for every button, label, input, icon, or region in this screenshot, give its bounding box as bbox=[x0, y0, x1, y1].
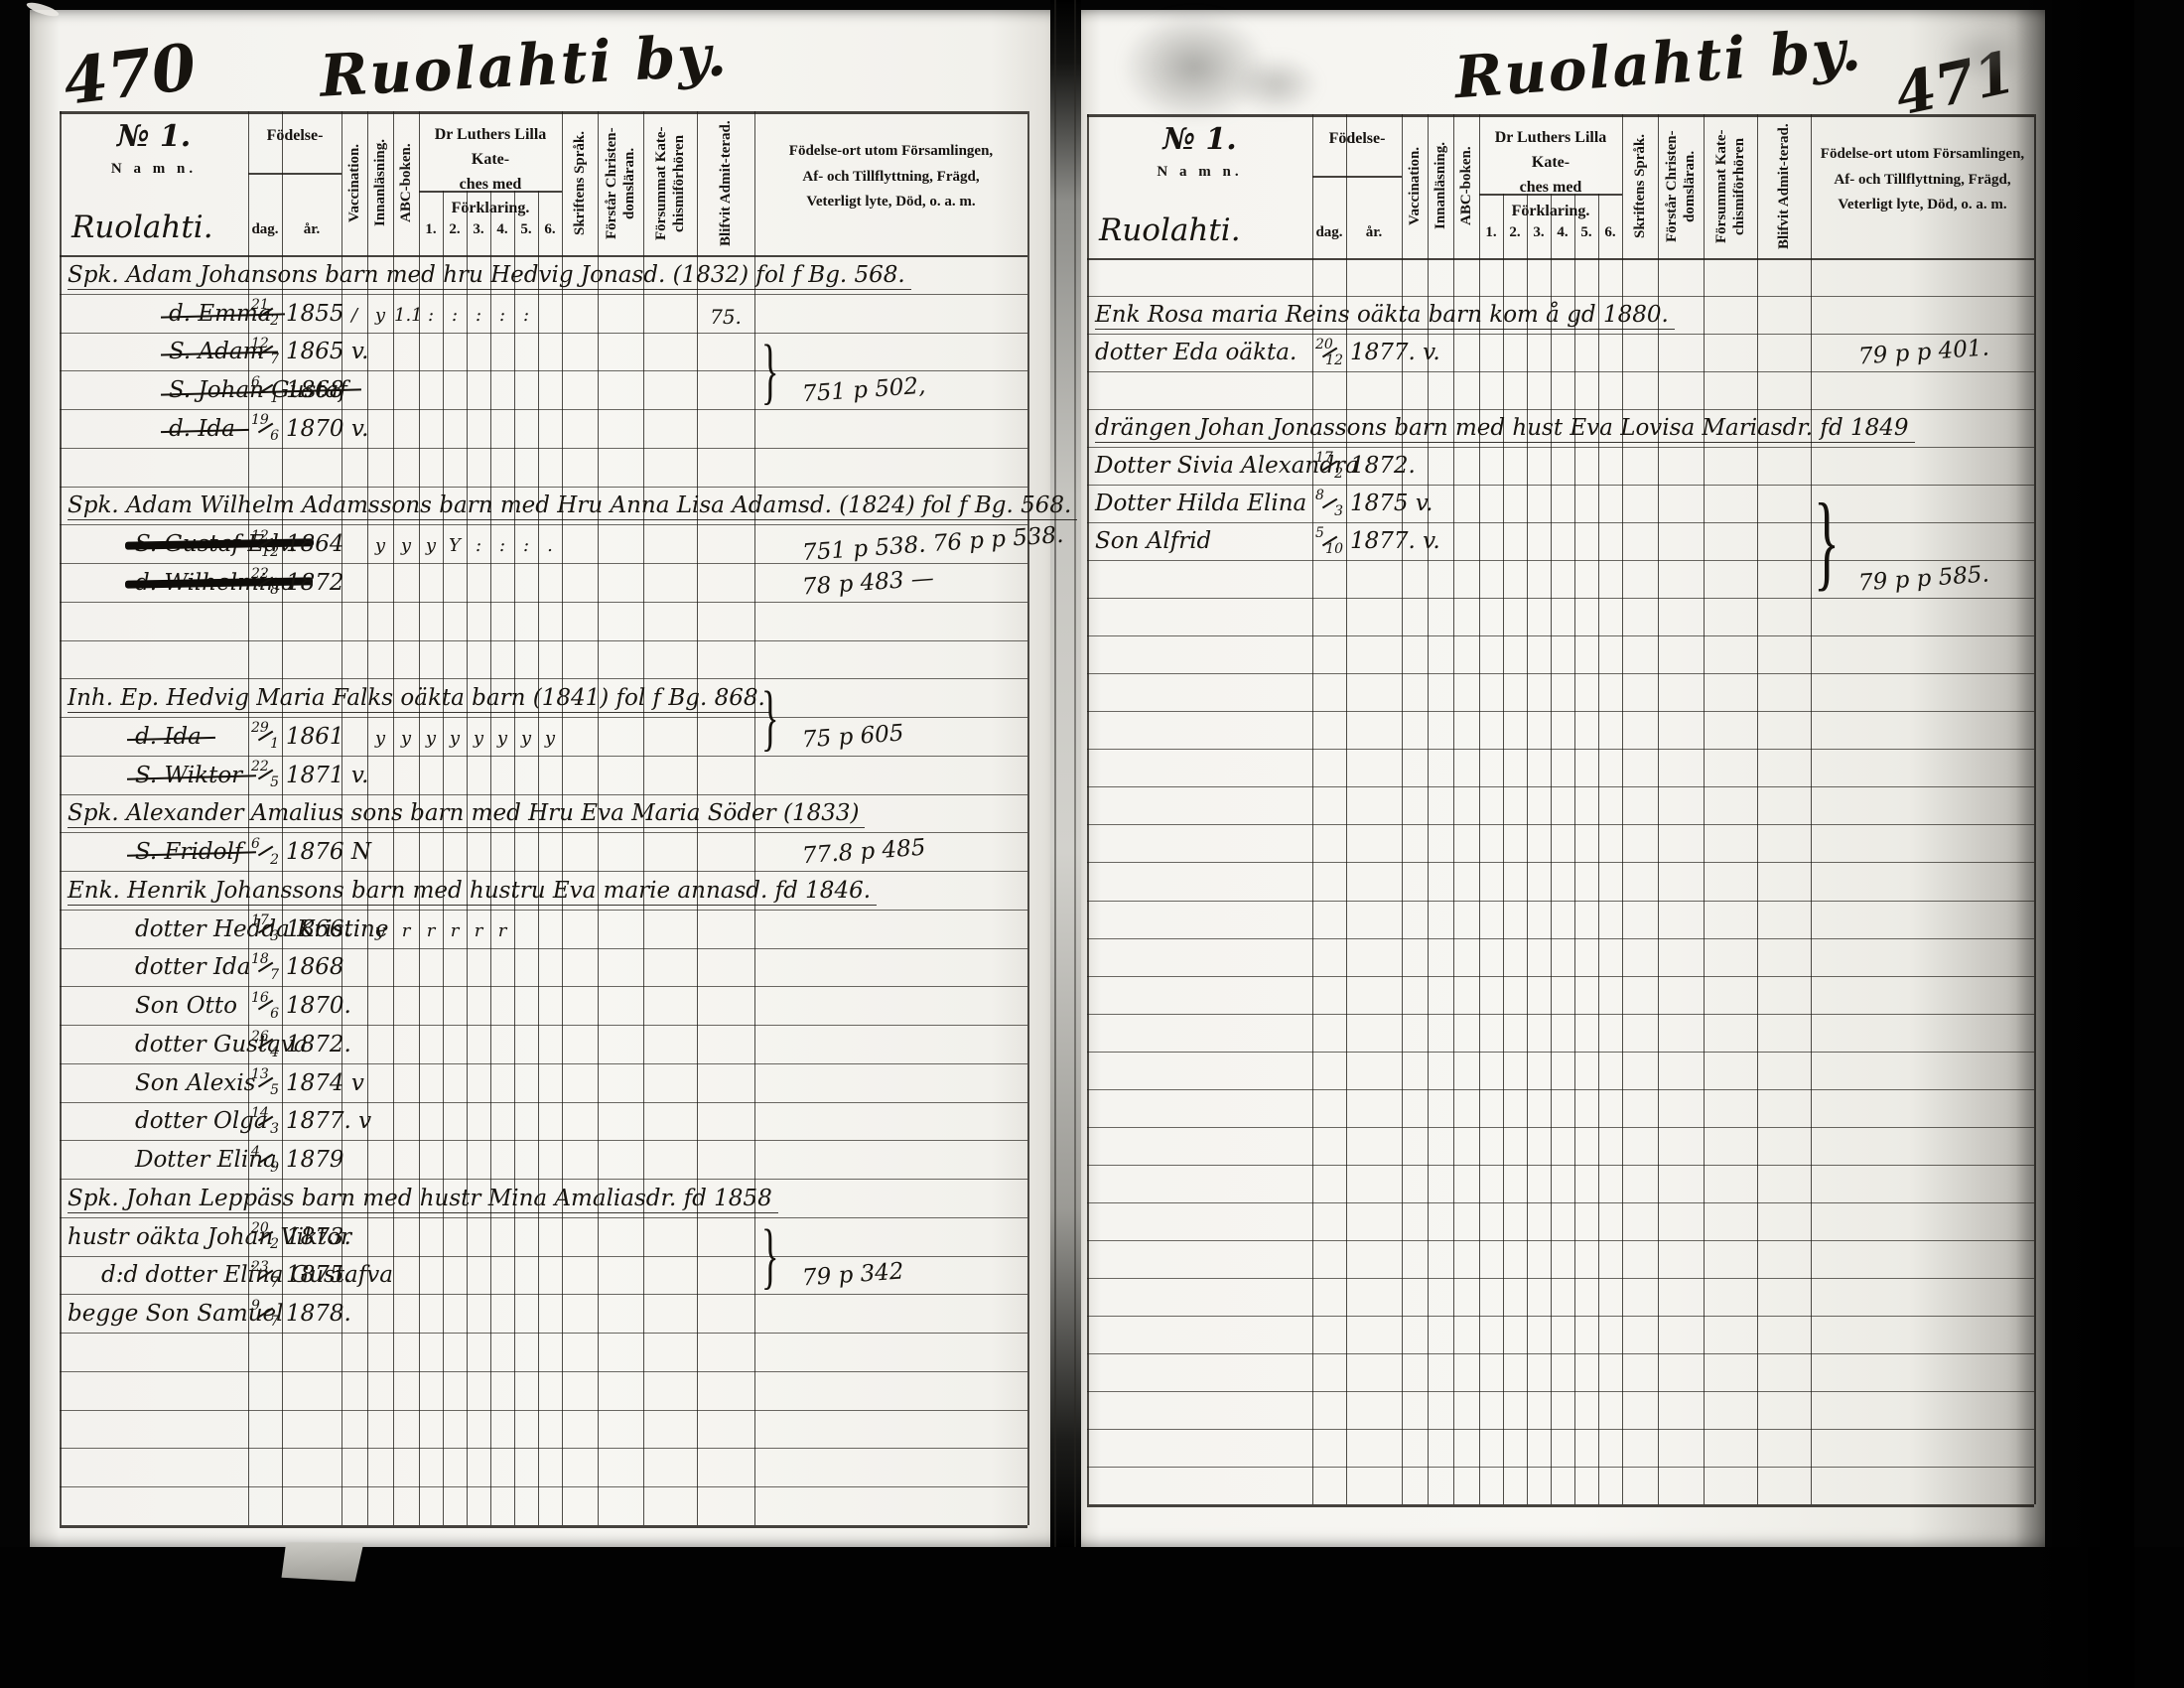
person-name: Son Alfrid bbox=[1095, 528, 1211, 554]
person-name: Dotter Hilda Elina bbox=[1095, 491, 1306, 516]
birth-month-denominator: 12 bbox=[1325, 353, 1343, 367]
exam-mark: y bbox=[394, 728, 418, 749]
rule-line bbox=[60, 1486, 1027, 1487]
exam-mark: y bbox=[419, 535, 443, 556]
birth-month-denominator: 7 bbox=[270, 968, 279, 982]
column-header-blifvit: Blifvit Admit-terad. bbox=[1757, 120, 1811, 252]
birth-day-fraction: 166 bbox=[246, 988, 284, 1023]
birth-day-fraction: 83 bbox=[1310, 487, 1348, 520]
birth-month-denominator: 6 bbox=[270, 429, 279, 443]
brace-glyph: } bbox=[1814, 498, 1840, 585]
person-name-text: dotter Ida bbox=[135, 954, 251, 980]
birth-day-numerator: 20 bbox=[1315, 338, 1333, 352]
person-name-text: Son Alexis bbox=[135, 1070, 255, 1096]
exam-mark: r bbox=[490, 920, 514, 941]
rule-line bbox=[60, 1217, 1027, 1218]
birth-month-denominator: 3 bbox=[270, 929, 279, 943]
fodelseort-label-line: Födelse-ort utom Församlingen, bbox=[754, 139, 1027, 165]
birth-year: 1879 bbox=[286, 1147, 344, 1173]
table-bottom-rule bbox=[60, 1525, 1027, 1528]
rule-line bbox=[60, 1294, 1027, 1295]
subcolumn-rule bbox=[514, 191, 515, 1525]
exam-mark: r bbox=[394, 920, 418, 941]
rule-line bbox=[1087, 371, 2034, 372]
column-header-abc: ABC-boken. bbox=[1453, 120, 1479, 252]
column-header-kateches: Dr Luthers Lilla Kate-ches med Förklarin… bbox=[419, 123, 562, 221]
birth-day-fraction: 202 bbox=[246, 1219, 284, 1254]
column-header-dag: dag. bbox=[1312, 224, 1346, 241]
rule-line bbox=[1087, 862, 2034, 863]
rule-line bbox=[1087, 749, 2034, 750]
birth-day-numerator: 4 bbox=[251, 1145, 260, 1159]
rule-line bbox=[1087, 1202, 2034, 1203]
birth-day-numerator: 23 bbox=[251, 1260, 269, 1274]
rule-line bbox=[1087, 485, 2034, 486]
family-entry: Inh. Ep. Hedvig Maria Falks oäkta barn (… bbox=[68, 685, 771, 713]
birth-day-fraction: 97 bbox=[246, 1296, 284, 1331]
column-header-fodelse: Födelse- bbox=[248, 127, 341, 145]
column-header-no: № 1. bbox=[60, 119, 248, 154]
person-name-text: S. Fridolf bbox=[135, 839, 242, 865]
birth-month-denominator: 7 bbox=[270, 352, 279, 366]
exam-mark: y bbox=[538, 728, 562, 749]
margin-note: 79 p p 585. bbox=[1857, 562, 1989, 597]
exam-mark: : bbox=[443, 305, 467, 326]
rule-line bbox=[1087, 824, 2034, 825]
margin-note: 79 p 342 bbox=[801, 1259, 904, 1292]
exam-mark: y bbox=[394, 535, 418, 556]
rule-line bbox=[60, 524, 1027, 525]
kateches-subcolumn-2: 2. bbox=[443, 221, 467, 238]
birth-day-numerator: 22 bbox=[251, 567, 269, 581]
fodelse-divider bbox=[248, 173, 341, 175]
margin-note-brace: } bbox=[1813, 487, 1841, 596]
rule-line bbox=[1087, 334, 2034, 335]
rule-line bbox=[60, 1025, 1027, 1026]
rule-line bbox=[1087, 1165, 2034, 1166]
rule-line bbox=[1087, 1014, 2034, 1015]
exam-mark: : bbox=[490, 535, 514, 556]
kateches-subcolumn-6: 6. bbox=[538, 221, 562, 238]
column-rule bbox=[1757, 114, 1758, 1504]
column-header-skriftens: Skriftens Språk. bbox=[562, 117, 598, 249]
rule-line bbox=[1087, 1089, 2034, 1090]
birth-year: 1873. bbox=[286, 1224, 351, 1250]
kateches-subcolumn-3: 3. bbox=[467, 221, 490, 238]
birth-day-numerator: 12 bbox=[251, 337, 269, 351]
rule-line bbox=[60, 794, 1027, 795]
rule-line bbox=[60, 871, 1027, 872]
family-entry: Enk. Henrik Johanssons barn med hustru E… bbox=[68, 878, 877, 906]
exam-mark: y bbox=[368, 728, 392, 749]
birth-day-fraction: 225 bbox=[246, 758, 284, 792]
column-header-forstar: Förstår Christen-domsläran. bbox=[1658, 120, 1704, 252]
birth-year: 1878. bbox=[286, 1301, 351, 1327]
rule-line bbox=[1087, 711, 2034, 712]
margin-note: 751 p 502, bbox=[801, 373, 926, 408]
subcolumn-rule bbox=[443, 191, 444, 1525]
birth-day-numerator: 9 bbox=[251, 1299, 260, 1313]
exam-mark: : bbox=[419, 305, 443, 326]
rule-line bbox=[60, 910, 1027, 911]
birth-month-denominator: 12 bbox=[261, 545, 279, 559]
exam-mark: y bbox=[490, 728, 514, 749]
column-header-forstar: Förstår Christen-domsläran. bbox=[598, 117, 643, 249]
birth-day-fraction: 49 bbox=[246, 1142, 284, 1177]
column-header-vaccination: Vaccination. bbox=[341, 117, 367, 249]
rule-line bbox=[1087, 1240, 2034, 1241]
column-header-kateches: Dr Luthers Lilla Kate-ches med Förklarin… bbox=[1479, 126, 1622, 224]
birth-month-denominator: 5 bbox=[270, 775, 279, 789]
exam-mark: r bbox=[443, 920, 467, 941]
birth-year: 1877. v. bbox=[1350, 528, 1440, 554]
fodelse-divider bbox=[1312, 176, 1402, 178]
person-name: S. Fridolf bbox=[135, 839, 242, 865]
person-name-text: d. Ida bbox=[135, 724, 202, 750]
person-name: dotter Ida bbox=[135, 954, 251, 980]
kateches-label-line: ches med Förklaring. bbox=[1479, 176, 1622, 225]
kateches-subcolumn-5: 5. bbox=[1574, 224, 1598, 241]
exam-mark: y bbox=[368, 305, 392, 326]
column-header-fodelseort: Födelse-ort utom Församlingen,Af- och Ti… bbox=[754, 139, 1027, 215]
rule-line bbox=[1087, 296, 2034, 297]
page-edge-shadow bbox=[2015, 0, 2134, 1688]
birth-month-denominator: 2 bbox=[270, 853, 279, 867]
subcolumn-rule bbox=[1503, 194, 1504, 1504]
column-header-forsummat: Försummat Kate-chismiförhören bbox=[1704, 120, 1757, 252]
birth-month-denominator: 2 bbox=[270, 314, 279, 328]
rule-line bbox=[60, 1448, 1027, 1449]
fodelseort-label-line: Födelse-ort utom Församlingen, bbox=[1811, 142, 2034, 168]
birth-year: 1871 v. bbox=[286, 763, 368, 788]
left-page-number: 470 bbox=[60, 30, 201, 120]
margin-note: 75 p 605 bbox=[801, 720, 904, 753]
kateches-label-line: ches med Förklaring. bbox=[419, 173, 562, 222]
birth-day-numerator: 12 bbox=[251, 529, 269, 543]
exam-mark: r bbox=[467, 920, 490, 941]
exam-mark: y bbox=[368, 535, 392, 556]
column-header-skriftens: Skriftens Språk. bbox=[1622, 120, 1658, 252]
header-bottom-rule bbox=[1087, 258, 2034, 260]
birth-day-numerator: 6 bbox=[251, 837, 260, 851]
birth-day-fraction: 2012 bbox=[1310, 336, 1348, 369]
exam-mark: : bbox=[467, 535, 490, 556]
person-name-text: S. Wiktor bbox=[135, 763, 242, 788]
family-entry: drängen Johan Jonassons barn med hust Ev… bbox=[1095, 415, 1915, 443]
birth-month-denominator: 7 bbox=[270, 1276, 279, 1290]
rule-line bbox=[60, 448, 1027, 449]
rule-line bbox=[1087, 901, 2034, 902]
column-header-blifvit: Blifvit Admit-terad. bbox=[697, 117, 754, 249]
column-rule bbox=[1704, 114, 1705, 1504]
person-name: d. Ida bbox=[169, 416, 235, 442]
birth-day-fraction: 196 bbox=[246, 411, 284, 446]
birth-year: 1875 v. bbox=[1350, 491, 1433, 516]
rule-line bbox=[1087, 1278, 2034, 1279]
birth-year: 1870. bbox=[286, 993, 351, 1019]
birth-day-numerator: 18 bbox=[251, 952, 269, 966]
birth-month-denominator: 3 bbox=[270, 1122, 279, 1136]
person-name: Son Otto bbox=[135, 993, 237, 1019]
left-page: 470 Ruolahti by. № 1.N a m n.Ruolahti.Fö… bbox=[30, 10, 1052, 1547]
birth-month-denominator: 1 bbox=[270, 391, 279, 405]
birth-year: 1877. v bbox=[286, 1108, 371, 1134]
kateches-label-line: Dr Luthers Lilla Kate- bbox=[1479, 126, 1622, 176]
exam-mark: y bbox=[467, 728, 490, 749]
village-name: Ruolahti. bbox=[1099, 212, 1241, 248]
birth-year: 1864 bbox=[286, 531, 344, 557]
table-bottom-rule bbox=[1087, 1504, 2034, 1507]
rule-line bbox=[1087, 1429, 2034, 1430]
rule-line bbox=[1087, 560, 2034, 561]
fodelseort-label-line: Af- och Tillflyttning, Frägd, bbox=[1811, 168, 2034, 194]
rule-line bbox=[60, 333, 1027, 334]
rule-line bbox=[1087, 447, 2034, 448]
rule-line bbox=[60, 602, 1027, 603]
rule-line bbox=[60, 563, 1027, 564]
subcolumn-rule bbox=[1574, 194, 1575, 1504]
birth-year: 1870 v. bbox=[286, 416, 368, 442]
scan-smudge bbox=[1231, 55, 1320, 114]
fodelseort-label-line: Veterligt lyte, Död, o. a. m. bbox=[754, 190, 1027, 215]
kateches-subcolumn-1: 1. bbox=[1479, 224, 1503, 241]
person-name: S. Wiktor bbox=[135, 763, 242, 788]
birth-day-numerator: 17 bbox=[1315, 451, 1333, 465]
birth-day-fraction: 510 bbox=[1310, 524, 1348, 558]
table-right-rule bbox=[1027, 111, 1029, 1525]
margin-note-brace: } bbox=[756, 680, 784, 754]
scan-smudge bbox=[1941, 28, 2030, 82]
birth-day-numerator: 17 bbox=[251, 914, 269, 927]
birth-month-denominator: 8 bbox=[270, 583, 279, 597]
family-entry: Spk. Alexander Amalius sons barn med Hru… bbox=[68, 800, 865, 828]
birth-month-denominator: 5 bbox=[270, 1083, 279, 1097]
header-bottom-rule bbox=[60, 255, 1027, 257]
birth-year: 1868 bbox=[286, 954, 344, 980]
column-header-dag: dag. bbox=[248, 221, 282, 238]
birth-year: 1872. bbox=[1350, 453, 1416, 479]
rule-line bbox=[1087, 1052, 2034, 1053]
birth-month-denominator: 2 bbox=[270, 1237, 279, 1251]
rule-line bbox=[1087, 673, 2034, 674]
exam-mark: / bbox=[342, 305, 366, 326]
birth-day-numerator: 14 bbox=[251, 1106, 269, 1120]
rule-line bbox=[60, 294, 1027, 295]
birth-day-numerator: 6 bbox=[251, 375, 260, 389]
birth-year: 1874 v bbox=[286, 1070, 364, 1096]
admitted-mark: 75. bbox=[697, 305, 754, 329]
column-header-ar: år. bbox=[1346, 224, 1402, 241]
birth-day-fraction: 173 bbox=[246, 912, 284, 946]
exam-mark: Y bbox=[443, 535, 467, 556]
rule-line bbox=[1087, 1467, 2034, 1468]
exam-mark: : bbox=[514, 305, 538, 326]
birth-day-numerator: 19 bbox=[251, 413, 269, 427]
birth-day-numerator: 5 bbox=[1315, 526, 1324, 540]
rule-line bbox=[60, 1410, 1027, 1411]
birth-day-fraction: 143 bbox=[246, 1104, 284, 1139]
person-name: dotter Eda oäkta. bbox=[1095, 340, 1297, 365]
birth-day-fraction: 228 bbox=[246, 565, 284, 600]
family-entry: Spk. Johan Leppäss barn med hustr Mina A… bbox=[68, 1186, 778, 1213]
book-gutter bbox=[1050, 0, 1081, 1549]
birth-day-fraction: 135 bbox=[246, 1065, 284, 1100]
margin-note: 751 p 538. 76 p p 538. bbox=[801, 522, 1064, 566]
kateches-subcolumn-4: 4. bbox=[1551, 224, 1574, 241]
brace-glyph: } bbox=[761, 342, 779, 400]
birth-year: 1872. bbox=[286, 1032, 351, 1057]
birth-year: 1855 bbox=[286, 301, 344, 327]
rule-line bbox=[60, 1179, 1027, 1180]
rule-line bbox=[1087, 1391, 2034, 1392]
person-name-text: dotter Eda oäkta. bbox=[1095, 340, 1297, 365]
subcolumn-rule bbox=[1551, 194, 1552, 1504]
margin-note: 79 p p 401. bbox=[1857, 336, 1989, 370]
rule-line bbox=[60, 1371, 1027, 1372]
birth-day-numerator: 13 bbox=[251, 1067, 269, 1081]
subcolumn-rule bbox=[538, 191, 539, 1525]
kateches-subcolumn-2: 2. bbox=[1503, 224, 1527, 241]
rule-line bbox=[60, 409, 1027, 410]
birth-month-denominator: 6 bbox=[270, 1007, 279, 1021]
birth-day-fraction: 291 bbox=[246, 719, 284, 754]
birth-year: 1872 bbox=[286, 570, 344, 596]
column-header-innanlasning: Innanläsning. bbox=[367, 117, 393, 249]
column-header-fodelse: Födelse- bbox=[1312, 130, 1402, 148]
rule-line bbox=[60, 948, 1027, 949]
column-header-ar: år. bbox=[282, 221, 341, 238]
exam-mark: y bbox=[368, 920, 392, 941]
birth-year: 1877. v. bbox=[1350, 340, 1440, 365]
birth-month-denominator: 4 bbox=[270, 1046, 279, 1059]
kateches-subcolumn-4: 4. bbox=[490, 221, 514, 238]
birth-year: 1868 bbox=[286, 377, 344, 403]
birth-year: 1866. bbox=[286, 916, 351, 942]
birth-day-fraction: 212 bbox=[246, 296, 284, 331]
margin-note: 78 p 483 — bbox=[801, 565, 934, 600]
table-left-rule bbox=[1087, 114, 1089, 1504]
birth-day-numerator: 20 bbox=[251, 1221, 269, 1235]
birth-day-fraction: 62 bbox=[246, 834, 284, 869]
birth-month-denominator: 9 bbox=[270, 1161, 279, 1175]
rule-line bbox=[1087, 1353, 2034, 1354]
birth-day-numerator: 26 bbox=[251, 1030, 269, 1044]
birth-year: 1861 bbox=[286, 724, 344, 750]
birth-day-fraction: 237 bbox=[246, 1258, 284, 1293]
rule-line bbox=[1087, 635, 2034, 636]
family-entry: Enk Rosa maria Reins oäkta barn kom å gd… bbox=[1095, 302, 1675, 330]
rule-line bbox=[1087, 938, 2034, 939]
rule-line bbox=[60, 370, 1027, 371]
birth-day-fraction: 127 bbox=[246, 335, 284, 369]
rule-line bbox=[60, 1256, 1027, 1257]
birth-year: 1876 N bbox=[286, 839, 371, 865]
rule-line bbox=[1087, 1127, 2034, 1128]
rule-line bbox=[1087, 976, 2034, 977]
fodelseort-label-line: Af- och Tillflyttning, Frägd, bbox=[754, 165, 1027, 191]
rule-line bbox=[60, 832, 1027, 833]
person-name: Son Alexis bbox=[135, 1070, 255, 1096]
rule-line bbox=[1087, 598, 2034, 599]
column-header-abc: ABC-boken. bbox=[393, 117, 419, 249]
margin-note-brace: } bbox=[756, 335, 784, 408]
person-name-text: Dotter Hilda Elina bbox=[1095, 491, 1306, 516]
exam-mark: y bbox=[419, 728, 443, 749]
exam-mark: 1.1 bbox=[394, 305, 418, 326]
margin-note: 77.8 p 485 bbox=[801, 835, 926, 870]
birth-day-numerator: 29 bbox=[251, 721, 269, 735]
exam-mark: : bbox=[490, 305, 514, 326]
exam-mark: . bbox=[538, 535, 562, 556]
kateches-label-line: Dr Luthers Lilla Kate- bbox=[419, 123, 562, 173]
person-name: d. Ida bbox=[135, 724, 202, 750]
rule-line bbox=[60, 487, 1027, 488]
column-header-vaccination: Vaccination. bbox=[1402, 120, 1428, 252]
rule-line bbox=[60, 756, 1027, 757]
kateches-subcolumn-1: 1. bbox=[419, 221, 443, 238]
column-header-forsummat: Försummat Kate-chismiförhören bbox=[643, 117, 697, 249]
right-page: Ruolahti by. 471 № 1.N a m n.Ruolahti.Fö… bbox=[1079, 10, 2045, 1547]
person-name-text: Son Otto bbox=[135, 993, 237, 1019]
person-name-text: d. Ida bbox=[169, 416, 235, 442]
kateches-subcolumn-5: 5. bbox=[514, 221, 538, 238]
rule-line bbox=[60, 986, 1027, 987]
rule-line bbox=[1087, 1316, 2034, 1317]
birth-day-fraction: 172 bbox=[1310, 449, 1348, 483]
right-page-title: Ruolahti by. bbox=[1452, 16, 1864, 112]
birth-day-fraction: 264 bbox=[246, 1027, 284, 1061]
brace-glyph: } bbox=[761, 1226, 779, 1285]
rule-line bbox=[60, 1140, 1027, 1141]
exam-mark: y bbox=[443, 728, 467, 749]
column-rule bbox=[1811, 114, 1812, 1504]
margin-note-brace: } bbox=[756, 1219, 784, 1293]
column-header-no: № 1. bbox=[1087, 122, 1312, 157]
column-header-namn: N a m n. bbox=[60, 161, 248, 178]
birth-month-denominator: 3 bbox=[1334, 504, 1343, 518]
rule-line bbox=[60, 717, 1027, 718]
exam-mark: : bbox=[467, 305, 490, 326]
column-header-innanlasning: Innanläsning. bbox=[1428, 120, 1453, 252]
left-page-title: Ruolahti by. bbox=[319, 21, 731, 109]
rule-line bbox=[1087, 522, 2034, 523]
birth-month-denominator: 2 bbox=[1334, 467, 1343, 481]
column-header-fodelseort: Födelse-ort utom Församlingen,Af- och Ti… bbox=[1811, 142, 2034, 218]
exam-mark: : bbox=[514, 535, 538, 556]
kateches-subcolumn-3: 3. bbox=[1527, 224, 1551, 241]
subcolumn-rule bbox=[1598, 194, 1599, 1504]
rule-line bbox=[60, 1102, 1027, 1103]
birth-month-denominator: 1 bbox=[270, 737, 279, 751]
birth-month-denominator: 10 bbox=[1325, 542, 1343, 556]
rule-line bbox=[60, 1333, 1027, 1334]
rule-line bbox=[60, 678, 1027, 679]
birth-year: 1875. bbox=[286, 1262, 351, 1288]
scanned-book-spread: 470 Ruolahti by. № 1.N a m n.Ruolahti.Fö… bbox=[0, 0, 2184, 1688]
person-name-text: Son Alfrid bbox=[1095, 528, 1211, 554]
birth-year: 1865 v. bbox=[286, 339, 368, 364]
column-header-namn: N a m n. bbox=[1087, 164, 1312, 181]
village-name: Ruolahti. bbox=[71, 210, 213, 245]
rule-line bbox=[60, 640, 1027, 641]
subcolumn-rule bbox=[490, 191, 491, 1525]
table-top-rule bbox=[60, 111, 1027, 114]
subcolumn-rule bbox=[467, 191, 468, 1525]
rule-line bbox=[60, 1063, 1027, 1064]
family-entry: Spk. Adam Johansons barn med hru Hedvig … bbox=[68, 262, 911, 290]
birth-day-fraction: 187 bbox=[246, 950, 284, 985]
birth-day-fraction: 61 bbox=[246, 372, 284, 407]
